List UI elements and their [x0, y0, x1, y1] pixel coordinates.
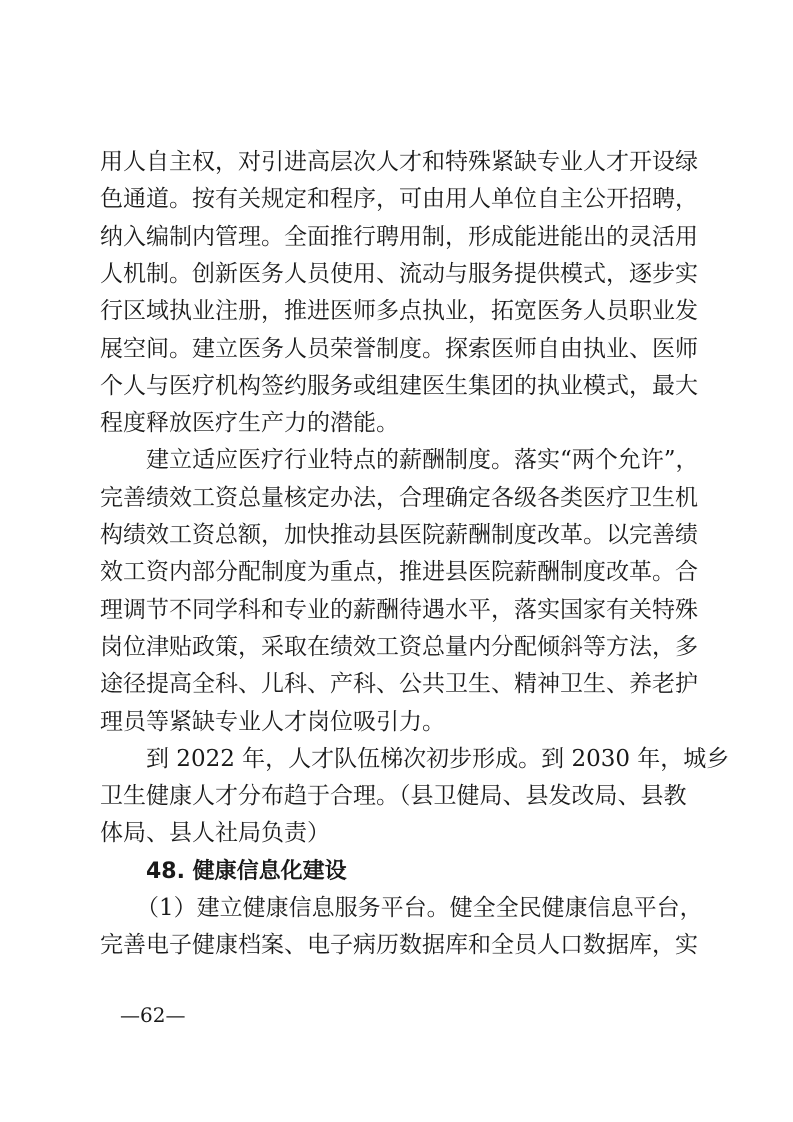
paragraph-line: 色通道。按有关规定和程序，可由用人单位自主公开招聘， [100, 181, 683, 218]
paragraph-line: 途径提高全科、儿科、产科、公共卫生、精神卫生、养老护 [100, 666, 683, 703]
paragraph-line: 体局、县人社局负责） [100, 815, 683, 852]
paragraph-line: 纳入编制内管理。全面推行聘用制，形成能进能出的灵活用 [100, 219, 683, 256]
paragraph-line: 到 2022 年，人才队伍梯次初步形成。到 2030 年，城乡 [100, 741, 683, 778]
paragraph-line: 用人自主权，对引进高层次人才和特殊紧缺专业人才开设绿 [100, 144, 683, 181]
section-heading: 48. 健康信息化建设 [100, 853, 683, 890]
page-number: —62— [120, 1002, 185, 1028]
paragraph-line: 效工资内部分配制度为重点，推进县医院薪酬制度改革。合 [100, 554, 683, 591]
paragraph-line: 程度释放医疗生产力的潜能。 [100, 405, 683, 442]
paragraph-line: 个人与医疗机构签约服务或组建医生集团的执业模式，最大 [100, 368, 683, 405]
document-page: 用人自主权，对引进高层次人才和特殊紧缺专业人才开设绿 色通道。按有关规定和程序，… [0, 0, 793, 1122]
paragraph-line: 完善绩效工资总量核定办法，合理确定各级各类医疗卫生机 [100, 480, 683, 517]
paragraph-line: 行区域执业注册，推进医师多点执业，拓宽医务人员职业发 [100, 293, 683, 330]
paragraph-line: 岗位津贴政策，采取在绩效工资总量内分配倾斜等方法，多 [100, 629, 683, 666]
paragraph-line: 卫生健康人才分布趋于合理。（县卫健局、县发改局、县教 [100, 778, 683, 815]
paragraph-line: 展空间。建立医务人员荣誉制度。探索医师自由执业、医师 [100, 331, 683, 368]
paragraph-line: 建立适应医疗行业特点的薪酬制度。落实“两个允许”， [100, 442, 683, 479]
paragraph-line: 完善电子健康档案、电子病历数据库和全员人口数据库，实 [100, 927, 683, 964]
paragraph-line: 理员等紧缺专业人才岗位吸引力。 [100, 704, 683, 741]
paragraph-line: 理调节不同学科和专业的薪酬待遇水平，落实国家有关特殊 [100, 592, 683, 629]
paragraph-line: （1）建立健康信息服务平台。健全全民健康信息平台， [100, 890, 683, 927]
paragraph-line: 构绩效工资总额，加快推动县医院薪酬制度改革。以完善绩 [100, 517, 683, 554]
paragraph-line: 人机制。创新医务人员使用、流动与服务提供模式，逐步实 [100, 256, 683, 293]
